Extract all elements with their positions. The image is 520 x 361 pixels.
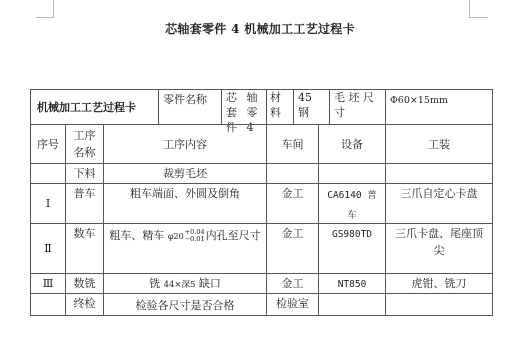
row-3-equipment-text: NT850: [338, 279, 367, 290]
material-label-cell: 材 料: [266, 89, 294, 125]
row-1-tooling: 三爪自定心卡盘: [385, 183, 493, 224]
row-2-equipment: GS980TD: [318, 223, 386, 274]
row-4-workshop: 检验室: [266, 293, 319, 316]
material-value-cell: 45 钢: [293, 89, 330, 125]
row-3-tooling: 虎钳、铣刀: [385, 273, 493, 294]
row-0-equipment: [318, 163, 386, 184]
col-header-equipment: 设备: [318, 124, 386, 164]
card-title: 机械加工工艺过程卡: [37, 99, 136, 116]
row-2-equipment-text: GS980TD: [332, 229, 372, 240]
row-3-content-dimension: 44×深5: [164, 280, 196, 290]
row-0-workshop: [266, 163, 319, 184]
row-2-tolerance: +0.04−0.01: [185, 229, 205, 243]
row-3-content-prefix: 铣: [149, 277, 160, 290]
col-header-label: 车间: [282, 136, 304, 153]
row-4-equipment: [318, 293, 386, 316]
material-value: 45 钢: [298, 90, 318, 120]
col-header-content: 工序内容: [103, 124, 267, 164]
row-3-seq: Ⅲ: [30, 273, 66, 294]
row-0-tooling: [385, 163, 493, 184]
col-header-workshop: 车间: [266, 124, 319, 164]
row-2-content-dimension: φ20: [168, 232, 184, 241]
row-1-seq: Ⅰ: [30, 183, 66, 224]
row-0-content: 裁剪毛坯: [103, 163, 267, 184]
part-name-value-cell: 芯 轴 套 零 件 4: [221, 89, 267, 125]
col-header-process-name: 工序名称: [65, 124, 104, 164]
blank-size-label-cell: 毛 坯 尺 寸: [329, 89, 386, 125]
row-3-equipment: NT850: [318, 273, 386, 294]
row-4-content: 检验各尺寸是否合格: [103, 293, 267, 316]
blank-size-value: Φ60×15mm: [390, 95, 448, 106]
row-2-content-suffix: 内孔至尺寸: [206, 229, 261, 242]
col-header-label: 设备: [341, 136, 363, 153]
row-2-seq: Ⅱ: [30, 223, 66, 274]
blank-size-value-cell: Φ60×15mm: [385, 89, 493, 125]
col-header-seq: 序号: [30, 124, 66, 164]
row-1-content: 粗车端面、外圆及倒角: [103, 183, 267, 224]
row-4-seq: [30, 293, 66, 316]
blank-size-label: 毛 坯 尺 寸: [334, 91, 374, 119]
document-title: 芯轴套零件 4 机械加工工艺过程卡: [0, 20, 520, 37]
row-3-workshop: 金工: [266, 273, 319, 294]
row-1-name: 普车: [65, 183, 104, 224]
col-header-label: 序号: [37, 136, 59, 153]
page-corner-mark-right: [469, 0, 488, 18]
row-2-workshop: 金工: [266, 223, 319, 274]
row-3-content-suffix: 缺口: [199, 277, 221, 290]
material-label: 材 料: [270, 91, 281, 119]
row-2-content-prefix: 粗车、精车: [109, 229, 164, 242]
row-2-name: 数车: [65, 223, 104, 274]
row-1-equipment: CA6140 普车: [318, 183, 386, 224]
row-0-name: 下料: [65, 163, 104, 184]
tolerance-lower: −0.01: [185, 235, 205, 243]
row-0-seq: [30, 163, 66, 184]
col-header-label: 工序名称: [74, 129, 96, 159]
row-1-equipment-text: CA6140 普车: [327, 190, 377, 221]
row-4-tooling: [385, 293, 493, 316]
col-header-label: 工装: [428, 136, 450, 153]
row-2-tooling: 三爪卡盘、尾座顶尖: [385, 223, 493, 274]
col-header-tooling: 工装: [385, 124, 493, 164]
col-header-label: 工序内容: [163, 136, 207, 153]
page-corner-mark-left: [36, 0, 54, 18]
card-title-cell: 机械加工工艺过程卡: [30, 89, 159, 125]
row-4-name: 终检: [65, 293, 104, 316]
part-name-label-cell: 零件名称: [158, 89, 222, 125]
part-name-label: 零件名称: [163, 93, 207, 106]
row-3-name: 数铣: [65, 273, 104, 294]
row-3-content: 铣 44×深5 缺口: [103, 273, 267, 294]
row-2-content: 粗车、精车 φ20+0.04−0.01内孔至尺寸: [103, 223, 267, 274]
row-1-workshop: 金工: [266, 183, 319, 224]
